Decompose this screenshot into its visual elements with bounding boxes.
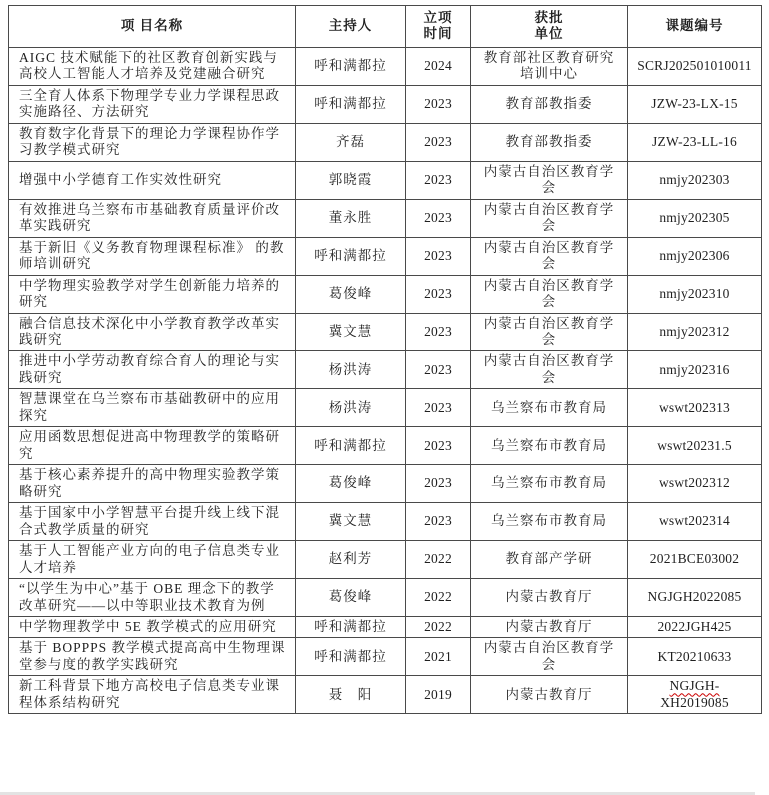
project-name-cell: 智慧课堂在乌兰察布市基础教研中的应用探究 (9, 389, 296, 427)
code-cell: NGJGH-XH2019085 (628, 676, 762, 714)
project-name-cell: 中学物理教学中 5E 教学模式的应用研究 (9, 617, 296, 638)
leader-cell: 呼和满都拉 (296, 427, 406, 465)
code-cell: nmjy202312 (628, 313, 762, 351)
leader-cell: 呼和满都拉 (296, 617, 406, 638)
leader-cell: 葛俊峰 (296, 579, 406, 617)
code-cell: wswt202313 (628, 389, 762, 427)
header-code: 课题编号 (628, 6, 762, 48)
leader-cell: 董永胜 (296, 199, 406, 237)
table-row: 融合信息技术深化中小学教育教学改革实践研究冀文慧2023内蒙古自治区教育学会nm… (9, 313, 762, 351)
table-body: AIGC 技术赋能下的社区教育创新实践与高校人工智能人才培养及党建融合研究呼和满… (9, 47, 762, 713)
unit-cell: 内蒙古自治区教育学会 (471, 351, 628, 389)
project-name-cell: 新工科背景下地方高校电子信息类专业课程体系结构研究 (9, 676, 296, 714)
code-cell: wswt202314 (628, 503, 762, 541)
code-cell: SCRJ202501010011 (628, 47, 762, 85)
year-cell: 2023 (406, 465, 471, 503)
table-row: 基于 BOPPPS 教学模式提高高中生物理课堂参与度的教学实践研究呼和满都拉20… (9, 638, 762, 676)
table-row: AIGC 技术赋能下的社区教育创新实践与高校人工智能人才培养及党建融合研究呼和满… (9, 47, 762, 85)
year-cell: 2023 (406, 351, 471, 389)
table-row: 增强中小学德育工作实效性研究郭晓霞2023内蒙古自治区教育学会nmjy20230… (9, 161, 762, 199)
year-cell: 2023 (406, 427, 471, 465)
table-row: 中学物理教学中 5E 教学模式的应用研究呼和满都拉2022内蒙古教育厅2022J… (9, 617, 762, 638)
table-row: 基于新旧《义务教育物理课程标准》 的教师培训研究呼和满都拉2023内蒙古自治区教… (9, 237, 762, 275)
leader-cell: 郭晓霞 (296, 161, 406, 199)
project-name-cell: 三全育人体系下物理学专业力学课程思政实施路径、方法研究 (9, 85, 296, 123)
table-row: 应用函数思想促进高中物理教学的策略研究呼和满都拉2023乌兰察布市教育局wswt… (9, 427, 762, 465)
table-row: 教育数字化背景下的理论力学课程协作学习教学模式研究齐磊2023教育部教指委JZW… (9, 123, 762, 161)
header-leader: 主持人 (296, 6, 406, 48)
unit-cell: 教育部教指委 (471, 85, 628, 123)
unit-cell: 内蒙古教育厅 (471, 676, 628, 714)
year-cell: 2023 (406, 503, 471, 541)
table-row: 新工科背景下地方高校电子信息类专业课程体系结构研究聂 阳2019内蒙古教育厅NG… (9, 676, 762, 714)
year-cell: 2022 (406, 617, 471, 638)
year-cell: 2022 (406, 579, 471, 617)
year-cell: 2023 (406, 85, 471, 123)
leader-cell: 聂 阳 (296, 676, 406, 714)
unit-cell: 教育部社区教育研究培训中心 (471, 47, 628, 85)
code-cell: wswt202312 (628, 465, 762, 503)
code-cell: JZW-23-LL-16 (628, 123, 762, 161)
project-name-cell: 基于国家中小学智慧平台提升线上线下混合式教学质量的研究 (9, 503, 296, 541)
unit-cell: 乌兰察布市教育局 (471, 389, 628, 427)
unit-cell: 乌兰察布市教育局 (471, 427, 628, 465)
unit-cell: 内蒙古教育厅 (471, 617, 628, 638)
table-row: 智慧课堂在乌兰察布市基础教研中的应用探究杨洪涛2023乌兰察布市教育局wswt2… (9, 389, 762, 427)
table-row: “以学生为中心”基于 OBE 理念下的教学改革研究——以中等职业技术教育为例葛俊… (9, 579, 762, 617)
leader-cell: 杨洪涛 (296, 351, 406, 389)
unit-cell: 内蒙古自治区教育学会 (471, 161, 628, 199)
leader-cell: 赵利芳 (296, 541, 406, 579)
code-cell: 2022JGH425 (628, 617, 762, 638)
year-cell: 2023 (406, 275, 471, 313)
leader-cell: 葛俊峰 (296, 465, 406, 503)
unit-cell: 乌兰察布市教育局 (471, 465, 628, 503)
project-name-cell: 基于人工智能产业方向的电子信息类专业人才培养 (9, 541, 296, 579)
project-name-cell: AIGC 技术赋能下的社区教育创新实践与高校人工智能人才培养及党建融合研究 (9, 47, 296, 85)
unit-cell: 内蒙古自治区教育学会 (471, 275, 628, 313)
leader-cell: 呼和满都拉 (296, 85, 406, 123)
code-cell: wswt20231.5 (628, 427, 762, 465)
project-name-cell: 有效推进乌兰察布市基础教育质量评价改革实践研究 (9, 199, 296, 237)
leader-cell: 冀文慧 (296, 313, 406, 351)
table-row: 有效推进乌兰察布市基础教育质量评价改革实践研究董永胜2023内蒙古自治区教育学会… (9, 199, 762, 237)
code-cell: NGJGH2022085 (628, 579, 762, 617)
unit-cell: 教育部产学研 (471, 541, 628, 579)
project-name-cell: 教育数字化背景下的理论力学课程协作学习教学模式研究 (9, 123, 296, 161)
unit-cell: 内蒙古自治区教育学会 (471, 313, 628, 351)
header-project-name: 项 目名称 (9, 6, 296, 48)
project-name-cell: 基于 BOPPPS 教学模式提高高中生物理课堂参与度的教学实践研究 (9, 638, 296, 676)
leader-cell: 呼和满都拉 (296, 47, 406, 85)
code-cell: JZW-23-LX-15 (628, 85, 762, 123)
table-row: 推进中小学劳动教育综合育人的理论与实践研究杨洪涛2023内蒙古自治区教育学会nm… (9, 351, 762, 389)
code-cell: KT20210633 (628, 638, 762, 676)
year-cell: 2023 (406, 237, 471, 275)
project-name-cell: 基于新旧《义务教育物理课程标准》 的教师培训研究 (9, 237, 296, 275)
year-cell: 2024 (406, 47, 471, 85)
project-name-cell: 中学物理实验教学对学生创新能力培养的研究 (9, 275, 296, 313)
table-row: 基于人工智能产业方向的电子信息类专业人才培养赵利芳2022教育部产学研2021B… (9, 541, 762, 579)
table-row: 基于核心素养提升的高中物理实验教学策略研究葛俊峰2023乌兰察布市教育局wswt… (9, 465, 762, 503)
table-row: 中学物理实验教学对学生创新能力培养的研究葛俊峰2023内蒙古自治区教育学会nmj… (9, 275, 762, 313)
leader-cell: 葛俊峰 (296, 275, 406, 313)
unit-cell: 内蒙古自治区教育学会 (471, 237, 628, 275)
table-row: 三全育人体系下物理学专业力学课程思政实施路径、方法研究呼和满都拉2023教育部教… (9, 85, 762, 123)
unit-cell: 乌兰察布市教育局 (471, 503, 628, 541)
code-cell: nmjy202316 (628, 351, 762, 389)
leader-cell: 杨洪涛 (296, 389, 406, 427)
code-cell: nmjy202303 (628, 161, 762, 199)
year-cell: 2023 (406, 161, 471, 199)
project-name-cell: 融合信息技术深化中小学教育教学改革实践研究 (9, 313, 296, 351)
project-name-cell: 应用函数思想促进高中物理教学的策略研究 (9, 427, 296, 465)
table-header: 项 目名称 主持人 立项 时间 获批 单位 课题编号 (9, 6, 762, 48)
header-row: 项 目名称 主持人 立项 时间 获批 单位 课题编号 (9, 6, 762, 48)
table-row: 基于国家中小学智慧平台提升线上线下混合式教学质量的研究冀文慧2023乌兰察布市教… (9, 503, 762, 541)
header-unit: 获批 单位 (471, 6, 628, 48)
code-cell: nmjy202305 (628, 199, 762, 237)
year-cell: 2021 (406, 638, 471, 676)
year-cell: 2019 (406, 676, 471, 714)
research-projects-table: 项 目名称 主持人 立项 时间 获批 单位 课题编号 AIGC 技术赋能下的社区… (8, 5, 762, 714)
year-cell: 2022 (406, 541, 471, 579)
leader-cell: 呼和满都拉 (296, 638, 406, 676)
code-cell: 2021BCE03002 (628, 541, 762, 579)
year-cell: 2023 (406, 123, 471, 161)
unit-cell: 内蒙古自治区教育学会 (471, 199, 628, 237)
project-name-cell: “以学生为中心”基于 OBE 理念下的教学改革研究——以中等职业技术教育为例 (9, 579, 296, 617)
year-cell: 2023 (406, 313, 471, 351)
unit-cell: 内蒙古教育厅 (471, 579, 628, 617)
code-cell: nmjy202306 (628, 237, 762, 275)
leader-cell: 呼和满都拉 (296, 237, 406, 275)
project-name-cell: 推进中小学劳动教育综合育人的理论与实践研究 (9, 351, 296, 389)
year-cell: 2023 (406, 199, 471, 237)
leader-cell: 冀文慧 (296, 503, 406, 541)
header-year: 立项 时间 (406, 6, 471, 48)
page: 项 目名称 主持人 立项 时间 获批 单位 课题编号 AIGC 技术赋能下的社区… (0, 0, 769, 795)
unit-cell: 教育部教指委 (471, 123, 628, 161)
project-name-cell: 基于核心素养提升的高中物理实验教学策略研究 (9, 465, 296, 503)
leader-cell: 齐磊 (296, 123, 406, 161)
project-name-cell: 增强中小学德育工作实效性研究 (9, 161, 296, 199)
year-cell: 2023 (406, 389, 471, 427)
unit-cell: 内蒙古自治区教育学会 (471, 638, 628, 676)
code-cell: nmjy202310 (628, 275, 762, 313)
